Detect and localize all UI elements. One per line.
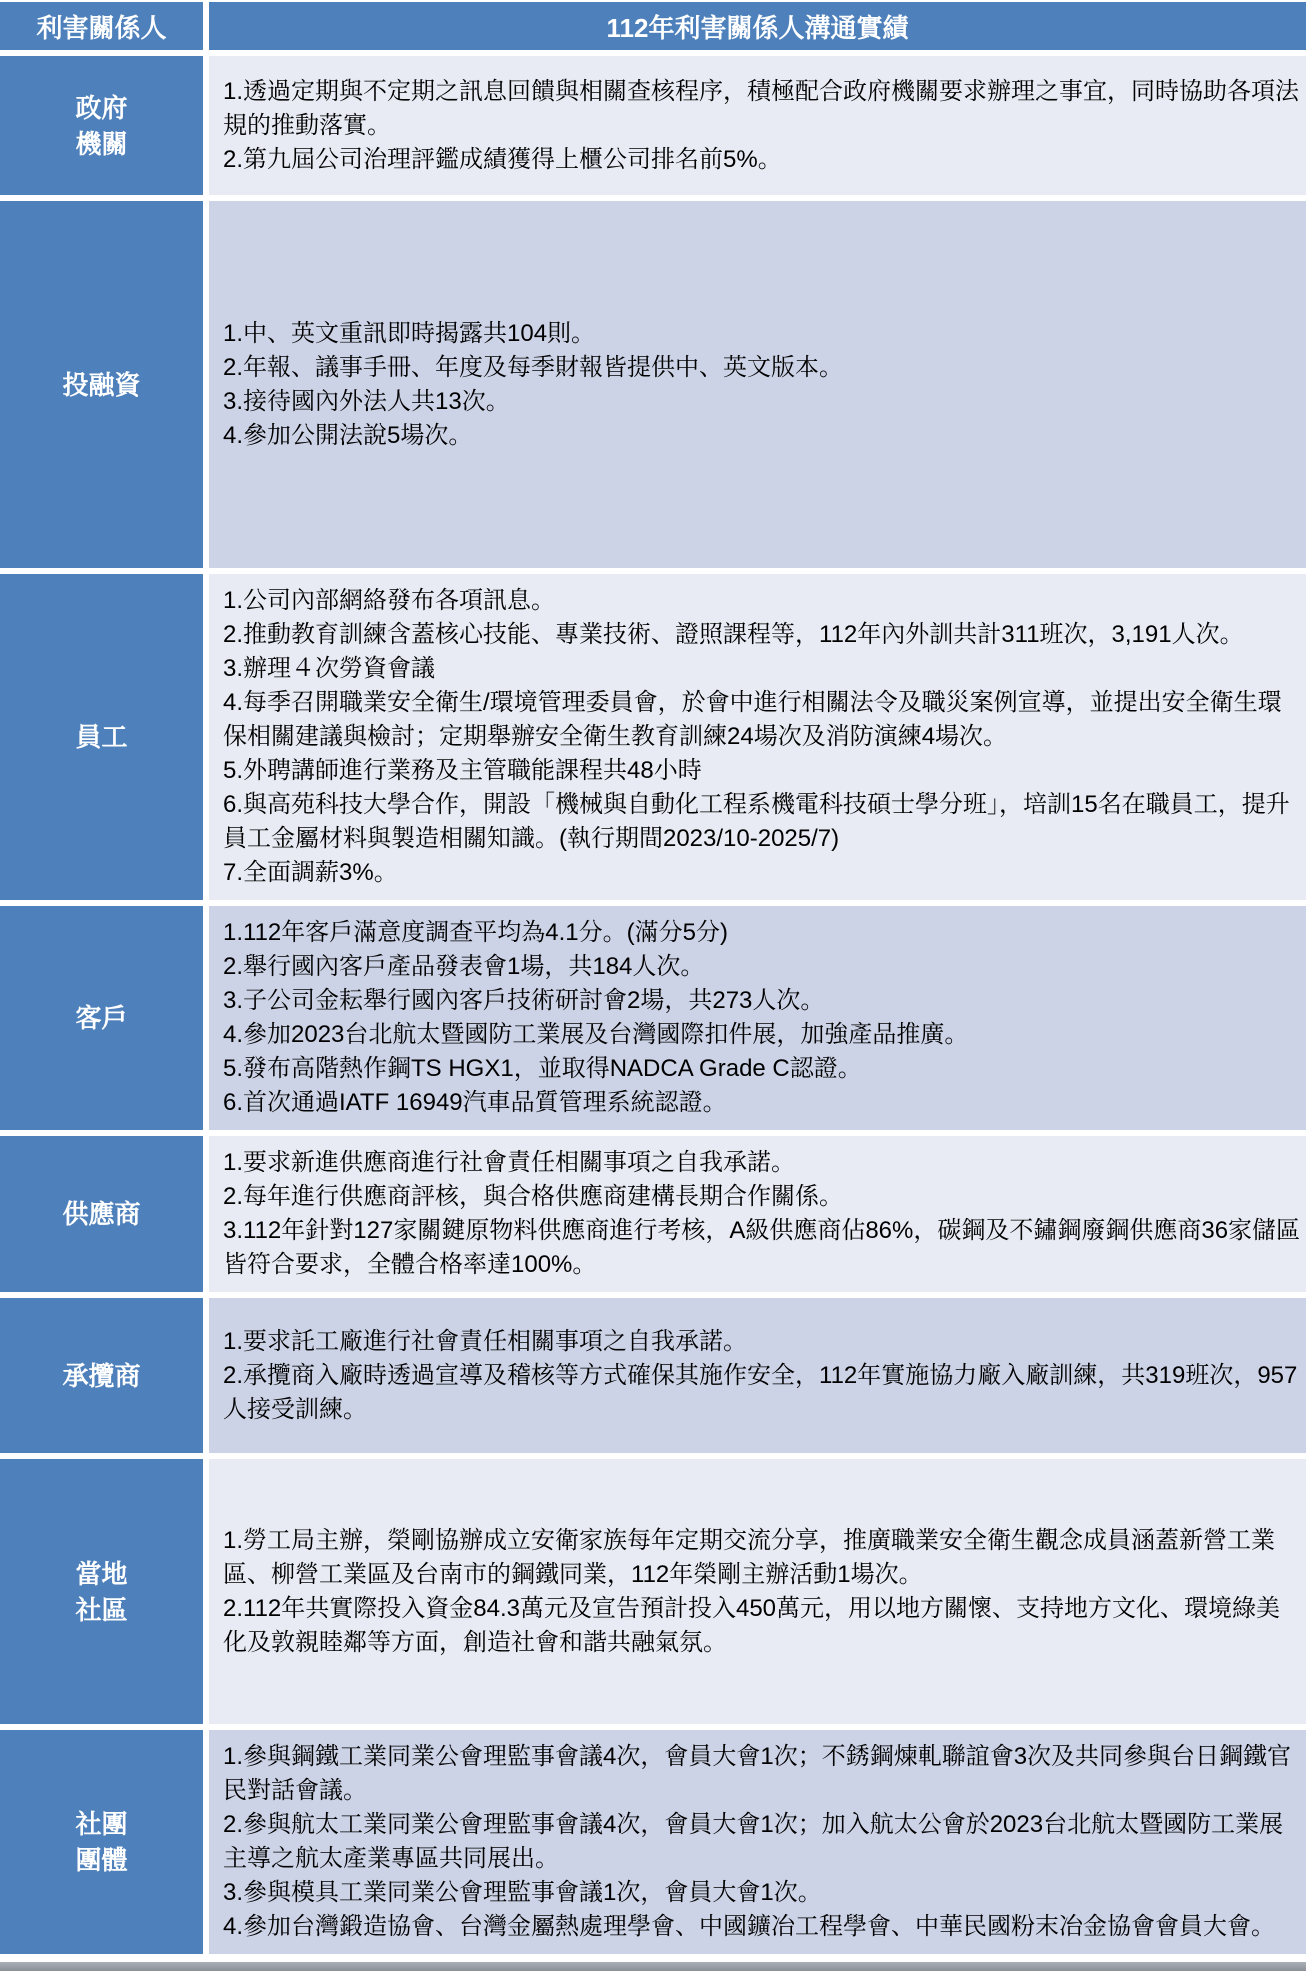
stakeholder-label-line: 客戶 xyxy=(75,1000,127,1036)
stakeholder-label: 社團團體 xyxy=(0,1730,203,1954)
achievement-item: 1.112年客戶滿意度調查平均為4.1分。(滿分5分) xyxy=(223,916,1302,950)
stakeholder-label: 當地社區 xyxy=(0,1459,203,1724)
achievement-item: 4.參加2023台北航太暨國防工業展及台灣國際扣件展，加強產品推廣。 xyxy=(223,1018,1302,1052)
stakeholder-communication-table: 利害關係人 112年利害關係人溝通實績 政府機關 1.透過定期與不定期之訊息回饋… xyxy=(0,0,1306,1971)
achievement-item: 3.112年針對127家關鍵原物料供應商進行考核，A級供應商佔86%，碳鋼及不鏽… xyxy=(223,1214,1302,1282)
achievement-item: 1.公司內部網絡發布各項訊息。 xyxy=(223,584,1302,618)
stakeholder-label-line: 社區 xyxy=(75,1592,127,1628)
achievement-item: 2.推動教育訓練含蓋核心技能、專業技術、證照課程等，112年內外訓共計311班次… xyxy=(223,618,1302,652)
table-row: 員工 1.公司內部網絡發布各項訊息。2.推動教育訓練含蓋核心技能、專業技術、證照… xyxy=(0,574,1306,900)
achievement-item: 1.透過定期與不定期之訊息回饋與相關查核程序，積極配合政府機關要求辦理之事宜，同… xyxy=(223,75,1302,143)
achievement-list: 1.勞工局主辦，榮剛協辦成立安衛家族每年定期交流分享，推廣職業安全衛生觀念成員涵… xyxy=(209,1459,1306,1724)
achievement-item: 2.承攬商入廠時透過宣導及稽核等方式確保其施作安全，112年實施協力廠入廠訓練，… xyxy=(223,1359,1302,1427)
stakeholder-label-line: 供應商 xyxy=(62,1196,140,1232)
stakeholder-label: 客戶 xyxy=(0,906,203,1130)
stakeholder-label-line: 投融資 xyxy=(62,367,140,403)
stakeholder-label: 員工 xyxy=(0,574,203,900)
achievement-item: 2.112年共實際投入資金84.3萬元及宣告預計投入450萬元，用以地方關懷、支… xyxy=(223,1592,1302,1660)
achievement-list: 1.要求新進供應商進行社會責任相關事項之自我承諾。2.每年進行供應商評核，與合格… xyxy=(209,1136,1306,1292)
achievement-item: 3.參與模具工業同業公會理監事會議1次，會員大會1次。 xyxy=(223,1876,1302,1910)
stakeholder-label-line: 承攬商 xyxy=(62,1358,140,1394)
achievement-item: 1.要求新進供應商進行社會責任相關事項之自我承諾。 xyxy=(223,1146,1302,1180)
table-row: 承攬商 1.要求託工廠進行社會責任相關事項之自我承諾。2.承攬商入廠時透過宣導及… xyxy=(0,1298,1306,1453)
stakeholder-label: 政府機關 xyxy=(0,56,203,195)
stakeholder-label-line: 機關 xyxy=(75,126,127,162)
table-row: 供應商 1.要求新進供應商進行社會責任相關事項之自我承諾。2.每年進行供應商評核… xyxy=(0,1136,1306,1292)
achievement-item: 1.參與鋼鐵工業同業公會理監事會議4次，會員大會1次；不銹鋼煉軋聯誼會3次及共同… xyxy=(223,1740,1302,1808)
achievement-list: 1.透過定期與不定期之訊息回饋與相關查核程序，積極配合政府機關要求辦理之事宜，同… xyxy=(209,56,1306,195)
achievement-item: 5.外聘講師進行業務及主管職能課程共48小時 xyxy=(223,754,1302,788)
stakeholder-label-line: 當地 xyxy=(75,1556,127,1592)
stakeholder-label-line: 社團 xyxy=(75,1806,127,1842)
achievement-item: 2.每年進行供應商評核，與合格供應商建構長期合作關係。 xyxy=(223,1180,1302,1214)
stakeholder-label: 承攬商 xyxy=(0,1298,203,1453)
table-row: 投融資 1.中、英文重訊即時揭露共104則。2.年報、議事手冊、年度及每季財報皆… xyxy=(0,201,1306,568)
achievement-item: 6.首次通過IATF 16949汽車品質管理系統認證。 xyxy=(223,1086,1302,1120)
achievement-item: 4.參加台灣鍛造協會、台灣金屬熱處理學會、中國鑛冶工程學會、中華民國粉末冶金協會… xyxy=(223,1910,1302,1944)
achievement-item: 4.參加公開法說5場次。 xyxy=(223,419,1302,453)
achievement-item: 2.年報、議事手冊、年度及每季財報皆提供中、英文版本。 xyxy=(223,351,1302,385)
stakeholder-label: 供應商 xyxy=(0,1136,203,1292)
achievement-item: 1.中、英文重訊即時揭露共104則。 xyxy=(223,317,1302,351)
table-row: 社團團體 1.參與鋼鐵工業同業公會理監事會議4次，會員大會1次；不銹鋼煉軋聯誼會… xyxy=(0,1730,1306,1954)
achievement-item: 5.發布高階熱作鋼TS HGX1，並取得NADCA Grade C認證。 xyxy=(223,1052,1302,1086)
achievement-item: 7.全面調薪3%。 xyxy=(223,856,1302,890)
achievement-item: 3.接待國內外法人共13次。 xyxy=(223,385,1302,419)
table-row: 政府機關 1.透過定期與不定期之訊息回饋與相關查核程序，積極配合政府機關要求辦理… xyxy=(0,56,1306,195)
header-achievements-column: 112年利害關係人溝通實績 xyxy=(209,2,1306,50)
achievement-item: 1.勞工局主辦，榮剛協辦成立安衛家族每年定期交流分享，推廣職業安全衛生觀念成員涵… xyxy=(223,1524,1302,1592)
achievement-list: 1.中、英文重訊即時揭露共104則。2.年報、議事手冊、年度及每季財報皆提供中、… xyxy=(209,201,1306,568)
table-row: 當地社區 1.勞工局主辦，榮剛協辦成立安衛家族每年定期交流分享，推廣職業安全衛生… xyxy=(0,1459,1306,1724)
achievement-list: 1.要求託工廠進行社會責任相關事項之自我承諾。2.承攬商入廠時透過宣導及稽核等方… xyxy=(209,1298,1306,1453)
achievement-item: 4.每季召開職業安全衛生/環境管理委員會，於會中進行相關法令及職災案例宣導，並提… xyxy=(223,686,1302,754)
stakeholder-label-line: 員工 xyxy=(75,719,127,755)
achievement-item: 3.子公司金耘舉行國內客戶技術研討會2場，共273人次。 xyxy=(223,984,1302,1018)
achievement-item: 1.要求託工廠進行社會責任相關事項之自我承諾。 xyxy=(223,1325,1302,1359)
achievement-item: 2.舉行國內客戶產品發表會1場，共184人次。 xyxy=(223,950,1302,984)
stakeholder-label: 投融資 xyxy=(0,201,203,568)
achievement-item: 2.第九屆公司治理評鑑成績獲得上櫃公司排名前5%。 xyxy=(223,143,1302,177)
bottom-edge xyxy=(0,1962,1306,1971)
achievement-item: 2.參與航太工業同業公會理監事會議4次，會員大會1次；加入航太公會於2023台北… xyxy=(223,1808,1302,1876)
achievement-list: 1.公司內部網絡發布各項訊息。2.推動教育訓練含蓋核心技能、專業技術、證照課程等… xyxy=(209,574,1306,900)
table-row: 客戶 1.112年客戶滿意度調查平均為4.1分。(滿分5分)2.舉行國內客戶產品… xyxy=(0,906,1306,1130)
stakeholder-label-line: 政府 xyxy=(75,90,127,126)
header-stakeholder-column: 利害關係人 xyxy=(0,2,203,50)
achievement-list: 1.112年客戶滿意度調查平均為4.1分。(滿分5分)2.舉行國內客戶產品發表會… xyxy=(209,906,1306,1130)
stakeholder-label-line: 團體 xyxy=(75,1842,127,1878)
achievement-item: 3.辦理４次勞資會議 xyxy=(223,652,1302,686)
table-header-row: 利害關係人 112年利害關係人溝通實績 xyxy=(0,2,1306,50)
achievement-item: 6.與高苑科技大學合作，開設「機械與自動化工程系機電科技碩士學分班」，培訓15名… xyxy=(223,788,1302,856)
achievement-list: 1.參與鋼鐵工業同業公會理監事會議4次，會員大會1次；不銹鋼煉軋聯誼會3次及共同… xyxy=(209,1730,1306,1954)
